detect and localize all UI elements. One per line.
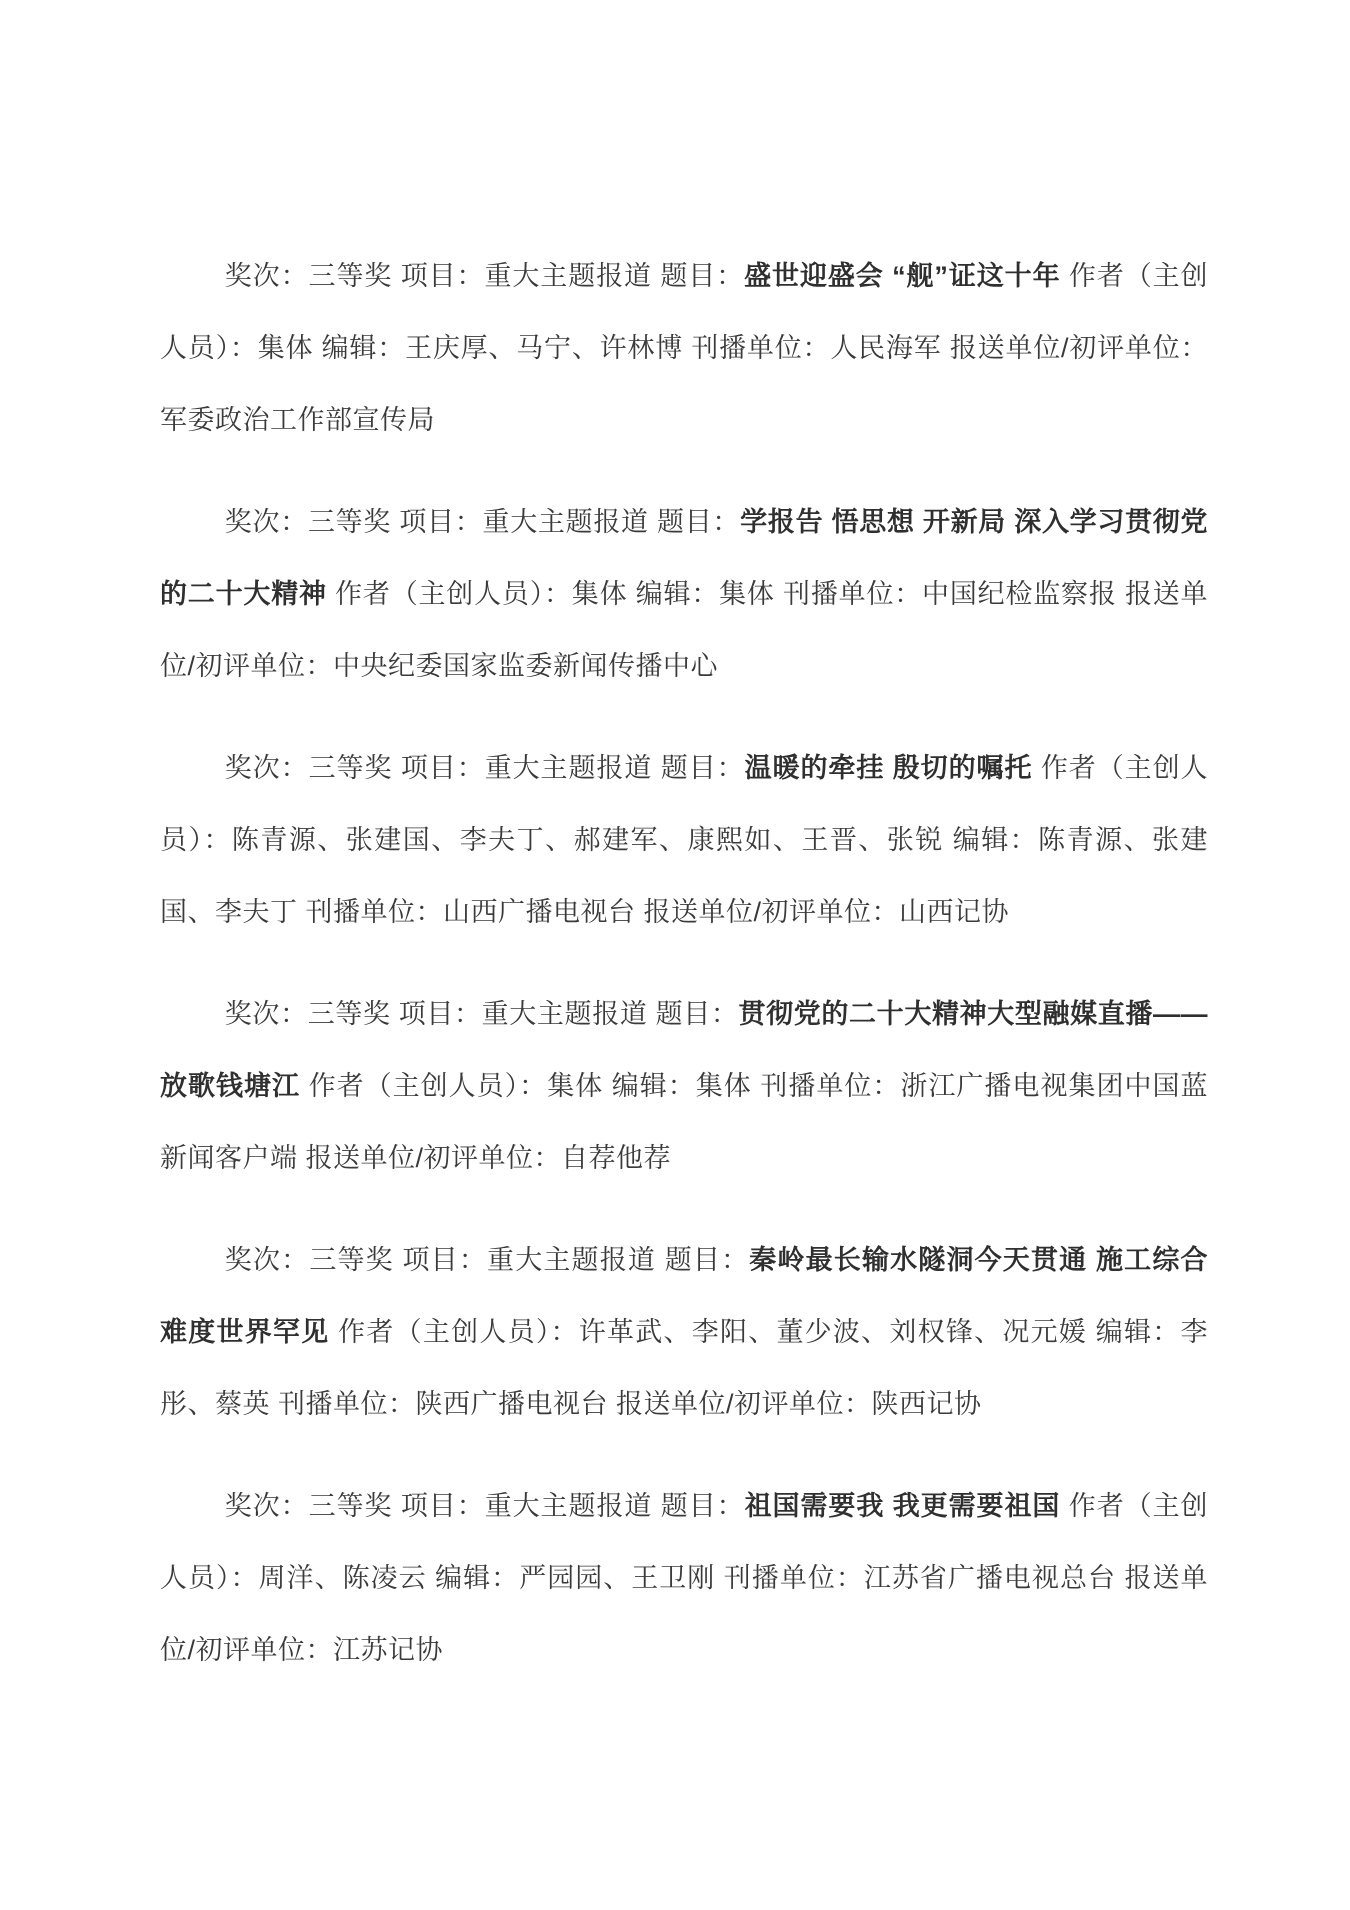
category-label: 项目： [399, 999, 482, 1029]
authors-value: 集体 [547, 1071, 603, 1101]
authors-value: 集体 [572, 579, 628, 609]
outlet-value: 陕西广播电视台 [416, 1389, 609, 1419]
category-label: 项目： [403, 1245, 488, 1275]
outlet-label: 刊播单位： [691, 333, 830, 363]
submitter-value: 自荐他荐 [561, 1143, 671, 1173]
submitter-label: 报送单位/初评单位： [616, 1389, 872, 1419]
submitter-label: 报送单位/初评单位： [306, 1143, 562, 1173]
editors-value: 严园园、王卫刚 [519, 1563, 715, 1593]
title-label: 题目： [665, 1245, 750, 1275]
award-value: 三等奖 [308, 999, 391, 1029]
editors-label: 编辑： [612, 1071, 696, 1101]
editors-label: 编辑： [953, 825, 1038, 855]
authors-value: 许革武、李阳、董少波、刘权锋、况元媛 [579, 1317, 1087, 1347]
title-value: 祖国需要我 我更需要祖国 [745, 1491, 1061, 1521]
award-entry: 奖次：三等奖 项目：重大主题报道 题目：秦岭最长输水隧洞今天贯通 施工综合难度世… [160, 1224, 1208, 1440]
submitter-value: 军委政治工作部宣传局 [160, 405, 435, 435]
submitter-label: 报送单位/初评单位： [950, 333, 1208, 363]
category-value: 重大主题报道 [482, 507, 648, 537]
award-entry: 奖次：三等奖 项目：重大主题报道 题目：贯彻党的二十大精神大型融媒直播——放歌钱… [160, 978, 1208, 1194]
editors-label: 编辑： [322, 333, 405, 363]
outlet-label: 刊播单位： [278, 1389, 416, 1419]
submitter-label: 报送单位/初评单位： [644, 897, 900, 927]
title-label: 题目： [657, 507, 740, 537]
outlet-label: 刊播单位： [760, 1071, 900, 1101]
outlet-label: 刊播单位： [783, 579, 922, 609]
authors-label: 作者（主创人员）： [309, 1071, 548, 1101]
submitter-value: 陕西记协 [872, 1389, 982, 1419]
category-label: 项目： [399, 507, 482, 537]
editors-label: 编辑： [636, 579, 719, 609]
award-list: 奖次：三等奖 项目：重大主题报道 题目：盛世迎盛会 “舰”证这十年 作者（主创人… [160, 240, 1208, 1686]
document-page: 奖次：三等奖 项目：重大主题报道 题目：盛世迎盛会 “舰”证这十年 作者（主创人… [0, 0, 1350, 1910]
outlet-value: 山西广播电视台 [443, 897, 636, 927]
award-value: 三等奖 [308, 507, 391, 537]
title-value: 盛世迎盛会 “舰”证这十年 [744, 261, 1060, 291]
category-value: 重大主题报道 [482, 999, 648, 1029]
outlet-value: 人民海军 [830, 333, 941, 363]
outlet-label: 刊播单位： [306, 897, 444, 927]
award-entry: 奖次：三等奖 项目：重大主题报道 题目：温暖的牵挂 殷切的嘱托 作者（主创人员）… [160, 732, 1208, 948]
editors-value: 王庆厚、马宁、许林博 [405, 333, 683, 363]
editors-value: 集体 [719, 579, 775, 609]
submitter-value: 江苏记协 [333, 1635, 443, 1665]
editors-value: 集体 [696, 1071, 752, 1101]
submitter-value: 山西记协 [899, 897, 1009, 927]
category-label: 项目： [401, 753, 485, 783]
award-label: 奖次： [225, 1245, 310, 1275]
outlet-label: 刊播单位： [724, 1563, 864, 1593]
authors-value: 周洋、陈凌云 [259, 1563, 427, 1593]
award-value: 三等奖 [309, 1491, 393, 1521]
outlet-value: 江苏省广播电视总台 [864, 1563, 1116, 1593]
title-label: 题目： [660, 261, 744, 291]
category-value: 重大主题报道 [485, 1491, 653, 1521]
authors-label: 作者（主创人员）： [335, 579, 572, 609]
authors-value: 陈青源、张建国、李夫丁、郝建军、康熙如、王晋、张锐 [232, 825, 944, 855]
editors-label: 编辑： [435, 1563, 519, 1593]
award-label: 奖次： [225, 261, 309, 291]
category-label: 项目： [401, 1491, 485, 1521]
authors-label: 作者（主创人员）： [338, 1317, 579, 1347]
award-value: 三等奖 [309, 753, 393, 783]
title-value: 温暖的牵挂 殷切的嘱托 [745, 753, 1033, 783]
category-value: 重大主题报道 [485, 753, 653, 783]
category-value: 重大主题报道 [484, 261, 651, 291]
outlet-value: 中国纪检监察报 [922, 579, 1117, 609]
category-value: 重大主题报道 [487, 1245, 656, 1275]
award-entry: 奖次：三等奖 项目：重大主题报道 题目：学报告 悟思想 开新局 深入学习贯彻党的… [160, 486, 1208, 702]
award-label: 奖次： [225, 1491, 309, 1521]
award-label: 奖次： [225, 507, 308, 537]
award-value: 三等奖 [309, 261, 393, 291]
award-label: 奖次： [225, 753, 309, 783]
title-label: 题目： [656, 999, 739, 1029]
submitter-value: 中央纪委国家监委新闻传播中心 [333, 651, 718, 681]
award-value: 三等奖 [309, 1245, 394, 1275]
authors-value: 集体 [258, 333, 314, 363]
title-label: 题目： [661, 753, 745, 783]
title-label: 题目： [661, 1491, 745, 1521]
award-label: 奖次： [225, 999, 308, 1029]
award-entry: 奖次：三等奖 项目：重大主题报道 题目：盛世迎盛会 “舰”证这十年 作者（主创人… [160, 240, 1208, 456]
category-label: 项目： [401, 261, 485, 291]
editors-label: 编辑： [1096, 1317, 1181, 1347]
award-entry: 奖次：三等奖 项目：重大主题报道 题目：祖国需要我 我更需要祖国 作者（主创人员… [160, 1470, 1208, 1686]
